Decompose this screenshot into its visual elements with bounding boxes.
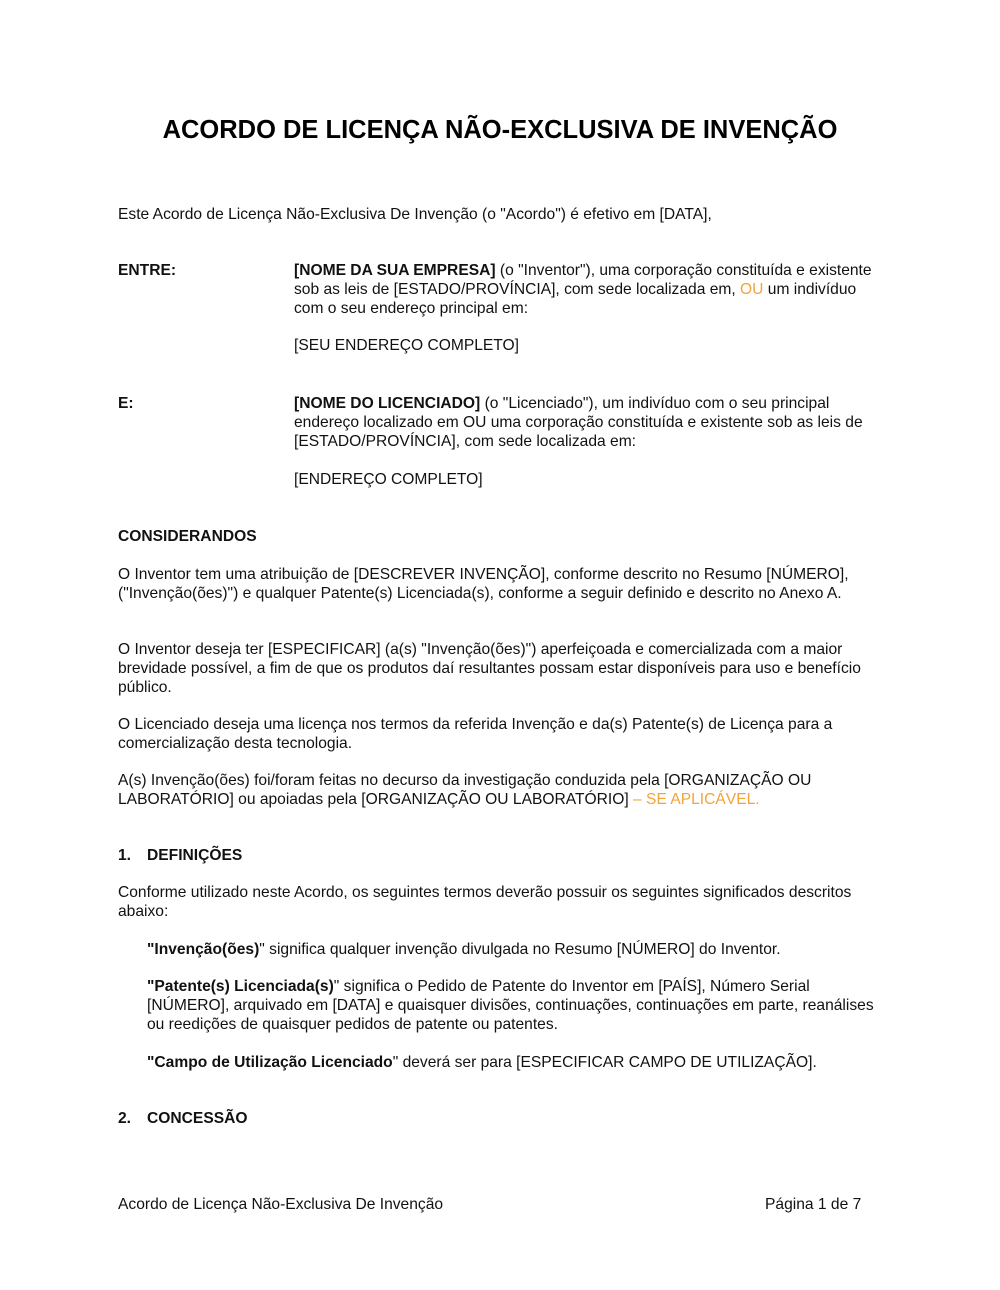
licensee-address: [ENDEREÇO COMPLETO] [294,470,884,489]
section-1-number: 1. [118,846,147,865]
party-licensee-description: [NOME DO LICENCIADO] (o "Licenciado"), u… [294,394,884,451]
section-2-heading: 2.CONCESSÃO [118,1109,248,1128]
recitals-heading: CONSIDERANDOS [118,527,257,546]
definition-field-of-use: "Campo de Utilização Licenciado" deverá … [147,1053,887,1072]
definition-text: deverá ser para [ESPECIFICAR CAMPO DE UT… [398,1054,817,1071]
definition-term: Invenção(ões) [154,941,259,958]
recital-paragraph-4: A(s) Invenção(ões) foi/foram feitas no d… [118,771,888,809]
if-applicable-highlight: – SE APLICÁVEL. [633,791,760,808]
footer-page-number: Página 1 de 7 [765,1195,861,1214]
party-label-and: E: [118,394,134,413]
inventor-address: [SEU ENDEREÇO COMPLETO] [294,336,884,355]
or-highlight: OU [740,281,763,298]
party-label-between: ENTRE: [118,261,176,280]
inventor-company-name: [NOME DA SUA EMPRESA] [294,262,496,279]
definition-text: significa qualquer invenção divulgada no… [265,941,781,958]
section-1-title: DEFINIÇÕES [147,847,242,864]
recital-paragraph-3: O Licenciado deseja uma licença nos term… [118,715,888,753]
definition-inventions: "Invenção(ões)" significa qualquer inven… [147,940,887,959]
section-1-heading: 1.DEFINIÇÕES [118,846,242,865]
recital-paragraph-1: O Inventor tem uma atribuição de [DESCRE… [118,565,888,603]
definition-term: Campo de Utilização Licenciado [154,1054,392,1071]
section-2-title: CONCESSÃO [147,1110,248,1127]
recital-paragraph-2: O Inventor deseja ter [ESPECIFICAR] (a(s… [118,640,888,697]
licensee-name: [NOME DO LICENCIADO] [294,395,480,412]
footer-document-name: Acordo de Licença Não-Exclusiva De Inven… [118,1195,443,1214]
intro-paragraph: Este Acordo de Licença Não-Exclusiva De … [118,205,888,224]
party-inventor-description: [NOME DA SUA EMPRESA] (o "Inventor"), um… [294,261,884,318]
section-2-number: 2. [118,1109,147,1128]
definition-licensed-patents: "Patente(s) Licenciada(s)" significa o P… [147,977,887,1034]
document-page: ACORDO DE LICENÇA NÃO-EXCLUSIVA DE INVEN… [0,0,1000,1290]
definition-term: Patente(s) Licenciada(s) [154,978,333,995]
document-title: ACORDO DE LICENÇA NÃO-EXCLUSIVA DE INVEN… [0,116,1000,145]
definitions-intro: Conforme utilizado neste Acordo, os segu… [118,883,888,921]
